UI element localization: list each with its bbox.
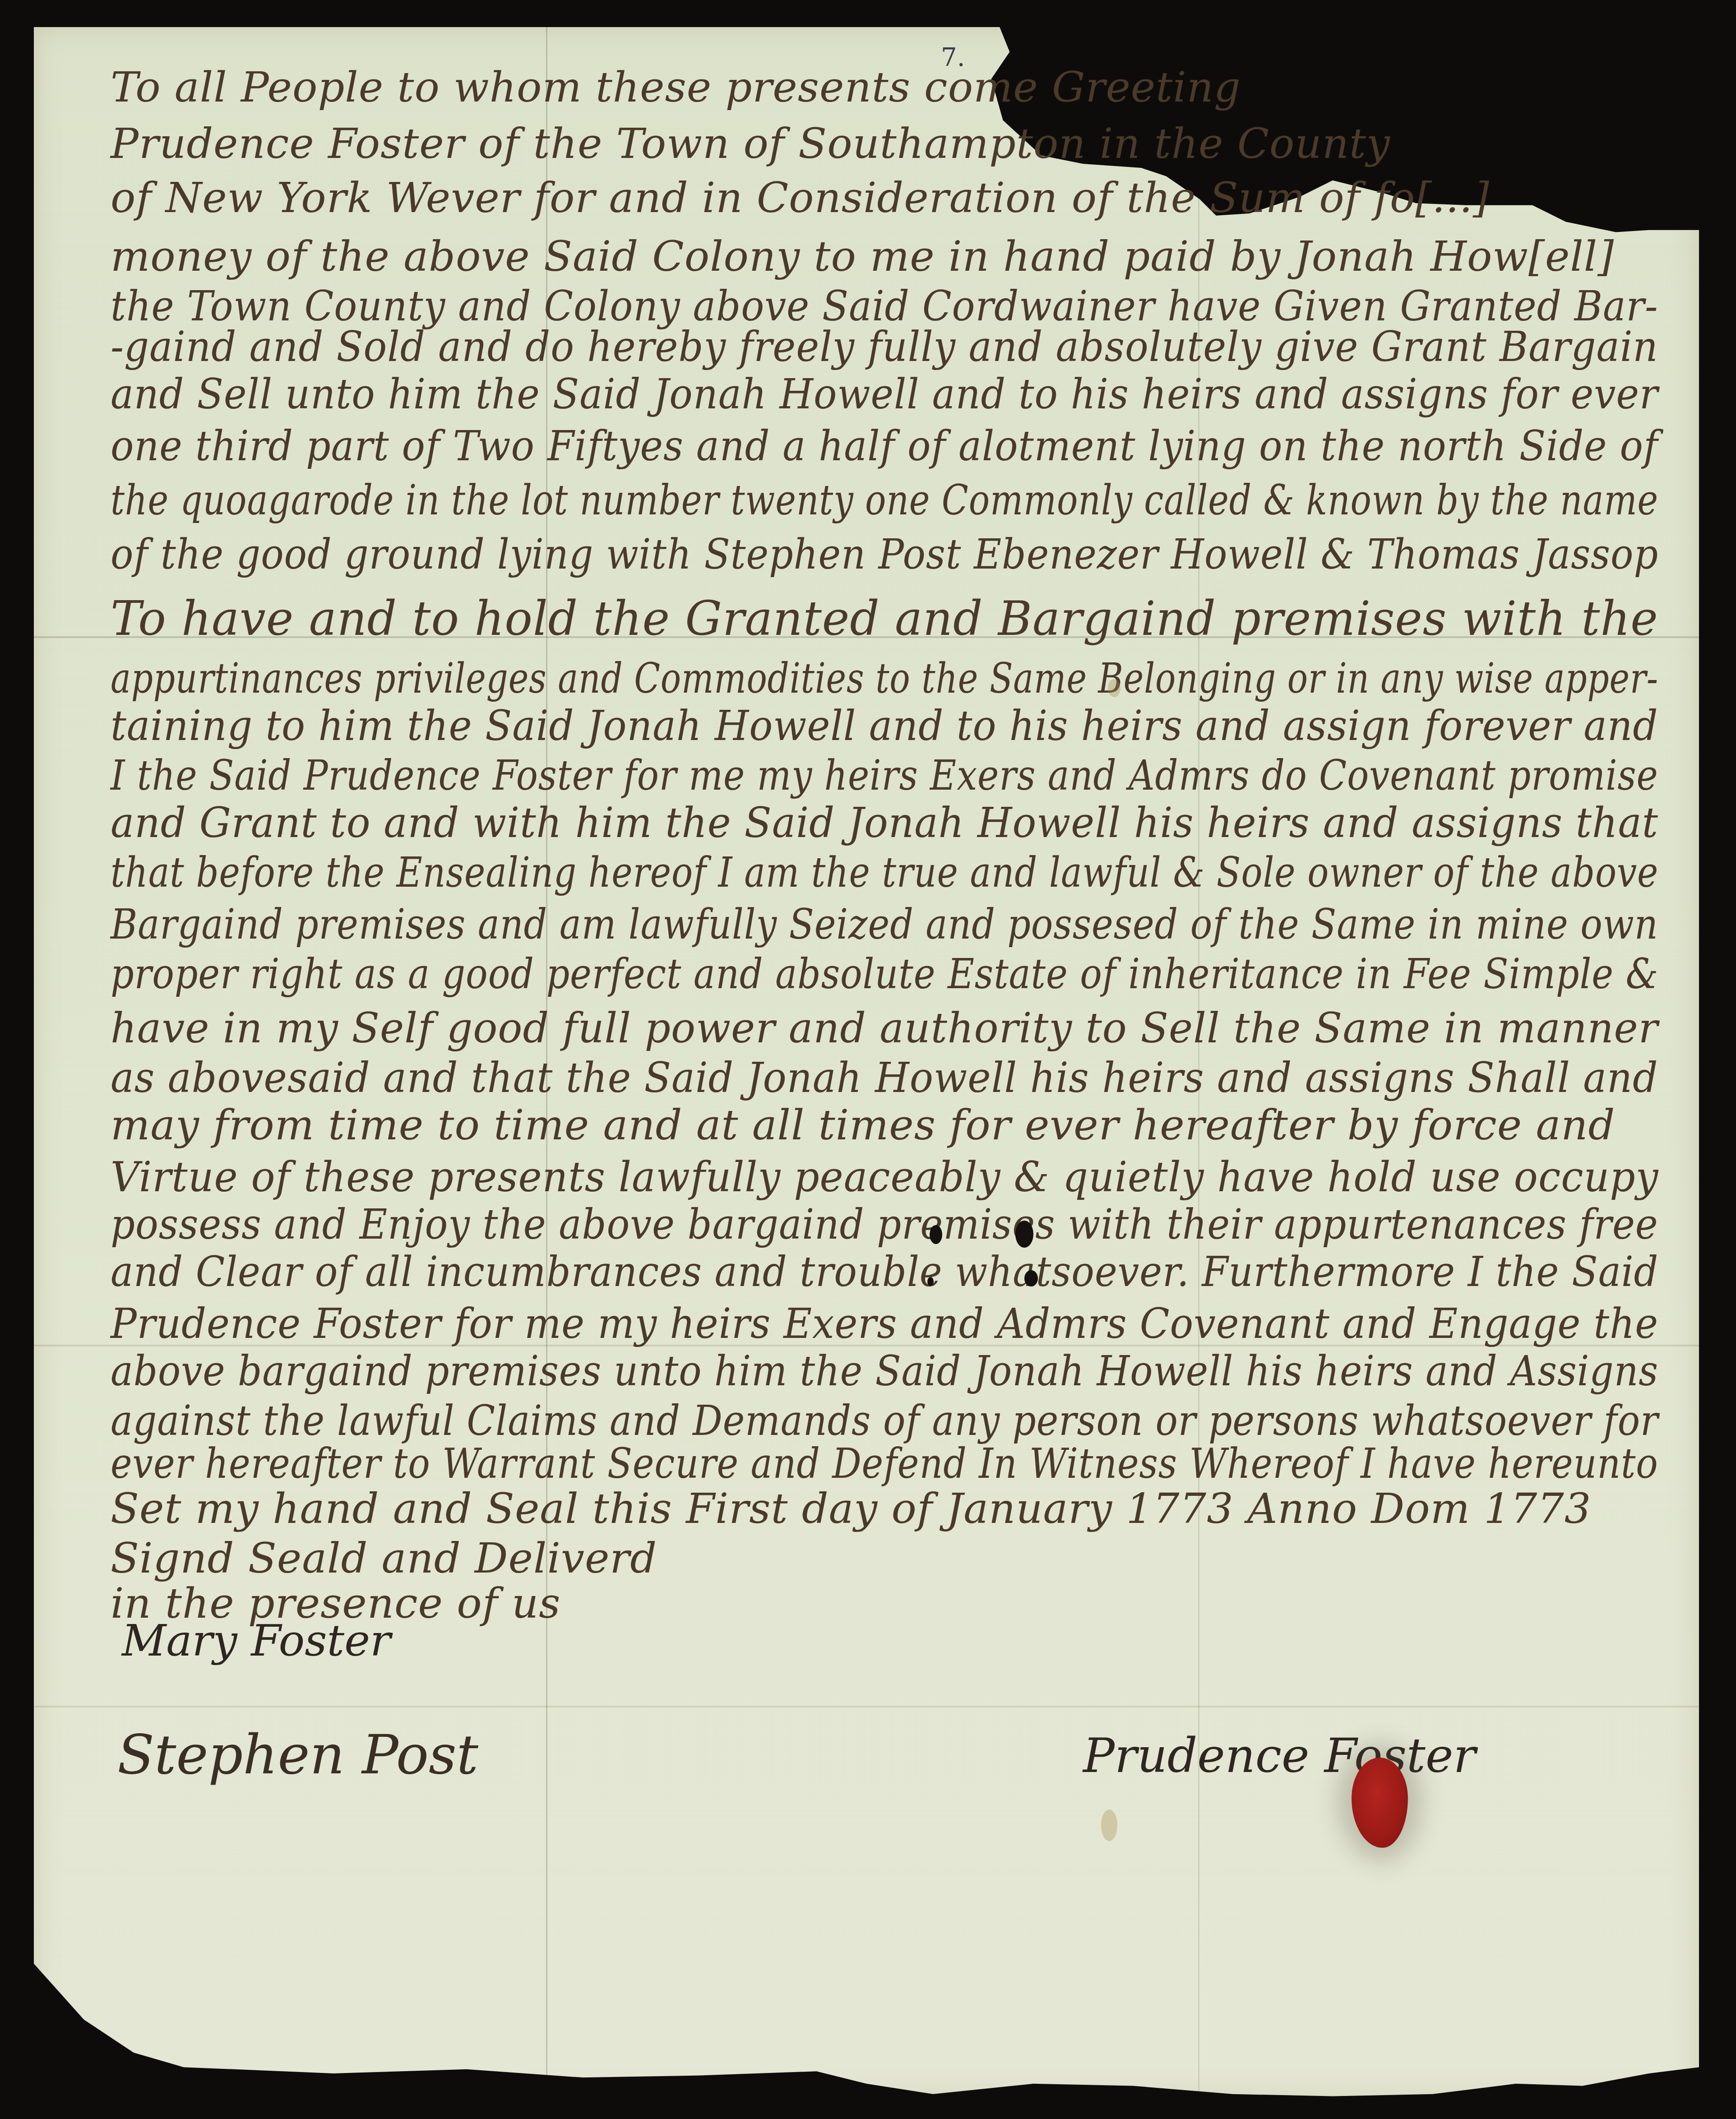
stain [1108,679,1120,697]
deed-line: one third part of Two Fiftyes and a half… [111,422,1658,470]
deed-line: Prudence Foster of the Town of Southampt… [111,120,1390,168]
deed-line: and Grant to and with him the Said Jonah… [111,799,1658,847]
deed-line: as abovesaid and that the Said Jonah How… [111,1054,1658,1102]
deed-line: -gaind and Sold and do hereby freely ful… [111,323,1658,371]
deed-line: that before the Ensealing hereof I am th… [111,848,1658,897]
deed-line: and Clear of all incumbrances and troubl… [111,1248,1658,1296]
deed-line: money of the above Said Colony to me in … [111,232,1614,281]
deed-line: of the good ground lying with Stephen Po… [111,530,1658,578]
deed-line: may from time to time and at all times f… [111,1101,1615,1149]
deed-line: Virtue of these presents lawfully peacea… [111,1153,1658,1201]
ink-blot [930,1225,942,1244]
deed-line: Prudence Foster for me my heirs Exers an… [111,1300,1658,1348]
stain [1101,1809,1117,1841]
grantor-signature: Prudence Foster [1083,1728,1476,1783]
deed-line: against the lawful Claims and Demands of… [111,1397,1658,1445]
deed-line: the quoagarode in the lot number twenty … [111,476,1658,524]
deed-line: possess and Enjoy the above bargaind pre… [111,1200,1658,1249]
fold-line [34,1706,1699,1707]
deed-line: have in my Self good full power and auth… [111,1004,1658,1052]
deed-line: To all People to whom these presents com… [111,63,1241,111]
deed-line: proper right as a good perfect and absol… [111,950,1658,998]
ink-blot [1015,1221,1033,1248]
deed-line: Set my hand and Seal this First day of J… [111,1485,1591,1533]
deed-line: taining to him the Said Jonah Howell and… [111,702,1658,750]
deed-line: ever hereafter to Warrant Secure and Def… [111,1439,1658,1488]
witness-signature-mary-foster: Mary Foster [122,1615,391,1666]
ink-blot [1024,1270,1038,1286]
deed-line: To have and to hold the Granted and Barg… [111,591,1658,646]
attestation-line: Signd Seald and Deliverd [111,1534,657,1582]
deed-line: I the Said Prudence Foster for me my hei… [111,751,1658,800]
deed-line: appurtinances privileges and Commodities… [111,654,1658,703]
deed-line: Bargaind premises and am lawfully Seized… [111,900,1658,948]
witness-signature-stephen-post: Stephen Post [117,1724,478,1786]
deed-line: and Sell unto him the Said Jonah Howell … [111,370,1658,418]
deed-line: above bargaind premises unto him the Sai… [111,1347,1658,1395]
ink-blot [927,1277,934,1286]
deed-line: of New York Wever for and in Considerati… [111,174,1490,222]
